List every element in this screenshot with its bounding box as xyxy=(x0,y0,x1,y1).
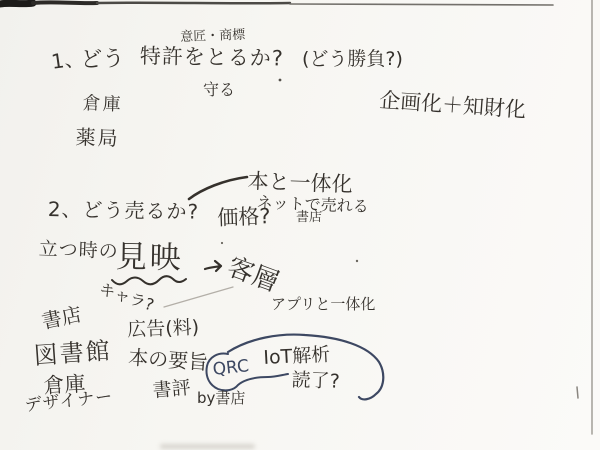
q1-protect-note: 守る xyxy=(203,82,235,98)
connector-pencil-line xyxy=(164,287,233,307)
paper-smudge xyxy=(160,444,255,449)
q2-read-complete: 読了? xyxy=(291,371,340,392)
paper-top-edge-faint xyxy=(290,4,553,5)
q2-title: 2、どう売るか? xyxy=(48,199,200,222)
q1-title: 特許をとるか? xyxy=(140,46,285,70)
q2-review-by: by書店 xyxy=(197,391,245,406)
paper-top-edge-mid xyxy=(33,2,97,3)
q2-iot-analysis: IoT解析 xyxy=(263,346,331,368)
q2-book-integration: 本と一体化 xyxy=(247,171,353,196)
q2-app-integration: アプリと一体化 xyxy=(271,297,375,312)
q2-standing-emphasis: 見映 xyxy=(115,242,184,274)
q2-price: 価格? xyxy=(217,206,271,229)
q2-review: 書評 xyxy=(152,379,192,401)
q1-aside: (どう勝負?) xyxy=(302,50,403,69)
stray-dot xyxy=(221,242,223,244)
paper-edge-tick xyxy=(577,387,578,398)
q1-item-pharmacy: 薬局 xyxy=(75,127,120,149)
q2-qr-code: QRC xyxy=(212,358,250,379)
arrow-icon xyxy=(205,261,221,271)
paper-top-edge-thin xyxy=(97,3,290,4)
q2-advertising: 広告(料) xyxy=(127,318,199,339)
q2-standing-prefix: 立つ時の xyxy=(38,240,119,262)
q2-book-summary: 本の要旨 xyxy=(128,347,209,373)
q2-channel-library: 図書館 xyxy=(33,339,112,368)
wavy-underline xyxy=(112,276,186,284)
q1-item-warehouse: 倉庫 xyxy=(82,95,123,114)
q1-lead: どう xyxy=(80,48,125,72)
paper-top-edge-dark xyxy=(0,3,33,4)
stray-dot xyxy=(356,260,358,262)
q2-net-sell-sub: 書店 xyxy=(296,211,322,224)
q1-design-trademark-note: 意匠・商標 xyxy=(180,29,245,44)
connector-swoosh xyxy=(189,177,247,199)
scanned-note-page: 1、 どう 特許をとるか? 意匠・商標 守る (どう勝負?) 企画化＋知財化 倉… xyxy=(0,0,600,450)
stray-dot xyxy=(279,79,282,82)
